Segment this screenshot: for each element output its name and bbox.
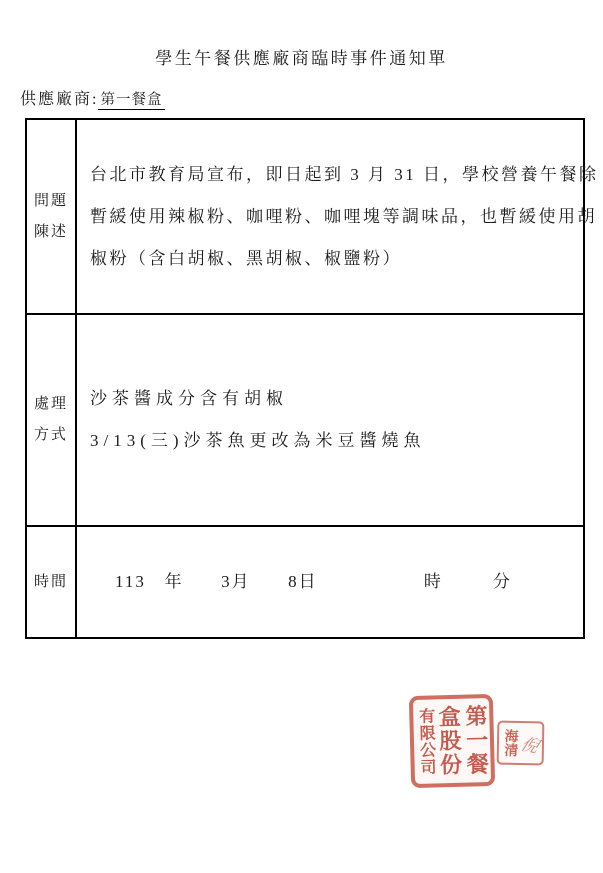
time-label-line: 時間 (27, 567, 75, 598)
problem-content-line-1: 台北市教育局宣布，即日起到 3 月 31 日，學校營養午餐除 (90, 154, 573, 196)
company-seal: 第一餐 盒股份 有限公司 (409, 694, 495, 788)
notice-table: 問題 陳述 台北市教育局宣布，即日起到 3 月 31 日，學校營養午餐除 暫緩使… (25, 118, 585, 639)
table-row-problem: 問題 陳述 台北市教育局宣布，即日起到 3 月 31 日，學校營養午餐除 暫緩使… (26, 119, 584, 314)
supplier-name: 第一餐盒 (98, 92, 165, 110)
supplier-line: 供應廠商:第一餐盒 (20, 86, 165, 109)
problem-label-line-1: 問題 (27, 186, 75, 217)
handling-label-line-2: 方式 (27, 420, 75, 451)
handling-content-line-2: 3/13(三)沙茶魚更改為米豆醬燒魚 (90, 420, 573, 462)
personal-seal-name-column: 海清 (502, 729, 517, 757)
problem-label-cell: 問題 陳述 (26, 119, 76, 314)
company-seal-column-right: 第一餐 (464, 704, 488, 777)
problem-content-line-2: 暫緩使用辣椒粉、咖哩粉、咖哩塊等調味品，也暫緩使用胡 (90, 196, 573, 238)
time-content-line: 113 年 3月 8日 時 分 (90, 561, 573, 603)
supplier-label: 供應廠商: (20, 91, 98, 108)
handling-label-line-1: 處理 (27, 389, 75, 420)
table-row-time: 時間 113 年 3月 8日 時 分 (26, 526, 584, 638)
problem-content-cell: 台北市教育局宣布，即日起到 3 月 31 日，學校營養午餐除 暫緩使用辣椒粉、咖… (76, 119, 584, 314)
handling-content-line-1: 沙茶醬成分含有胡椒 (90, 378, 573, 420)
handling-content-cell: 沙茶醬成分含有胡椒 3/13(三)沙茶魚更改為米豆醬燒魚 (76, 314, 584, 526)
company-seal-column-left: 有限公司 (416, 708, 434, 776)
personal-name-seal: 倪 海清 (497, 721, 545, 766)
personal-seal-script-column: 倪 (518, 730, 543, 757)
time-label-cell: 時間 (26, 526, 76, 638)
problem-label-line-2: 陳述 (27, 217, 75, 248)
handling-label-cell: 處理 方式 (26, 314, 76, 526)
page-title: 學生午餐供應廠商臨時事件通知單 (0, 44, 603, 69)
table-row-handling: 處理 方式 沙茶醬成分含有胡椒 3/13(三)沙茶魚更改為米豆醬燒魚 (26, 314, 584, 526)
company-seal-column-middle: 盒股份 (437, 705, 461, 778)
time-content-cell: 113 年 3月 8日 時 分 (76, 526, 584, 638)
problem-content-line-3: 椒粉（含白胡椒、黑胡椒、椒鹽粉） (90, 238, 573, 280)
page: { "document": { "title": "學生午餐供應廠商臨時事件通知… (0, 0, 603, 873)
